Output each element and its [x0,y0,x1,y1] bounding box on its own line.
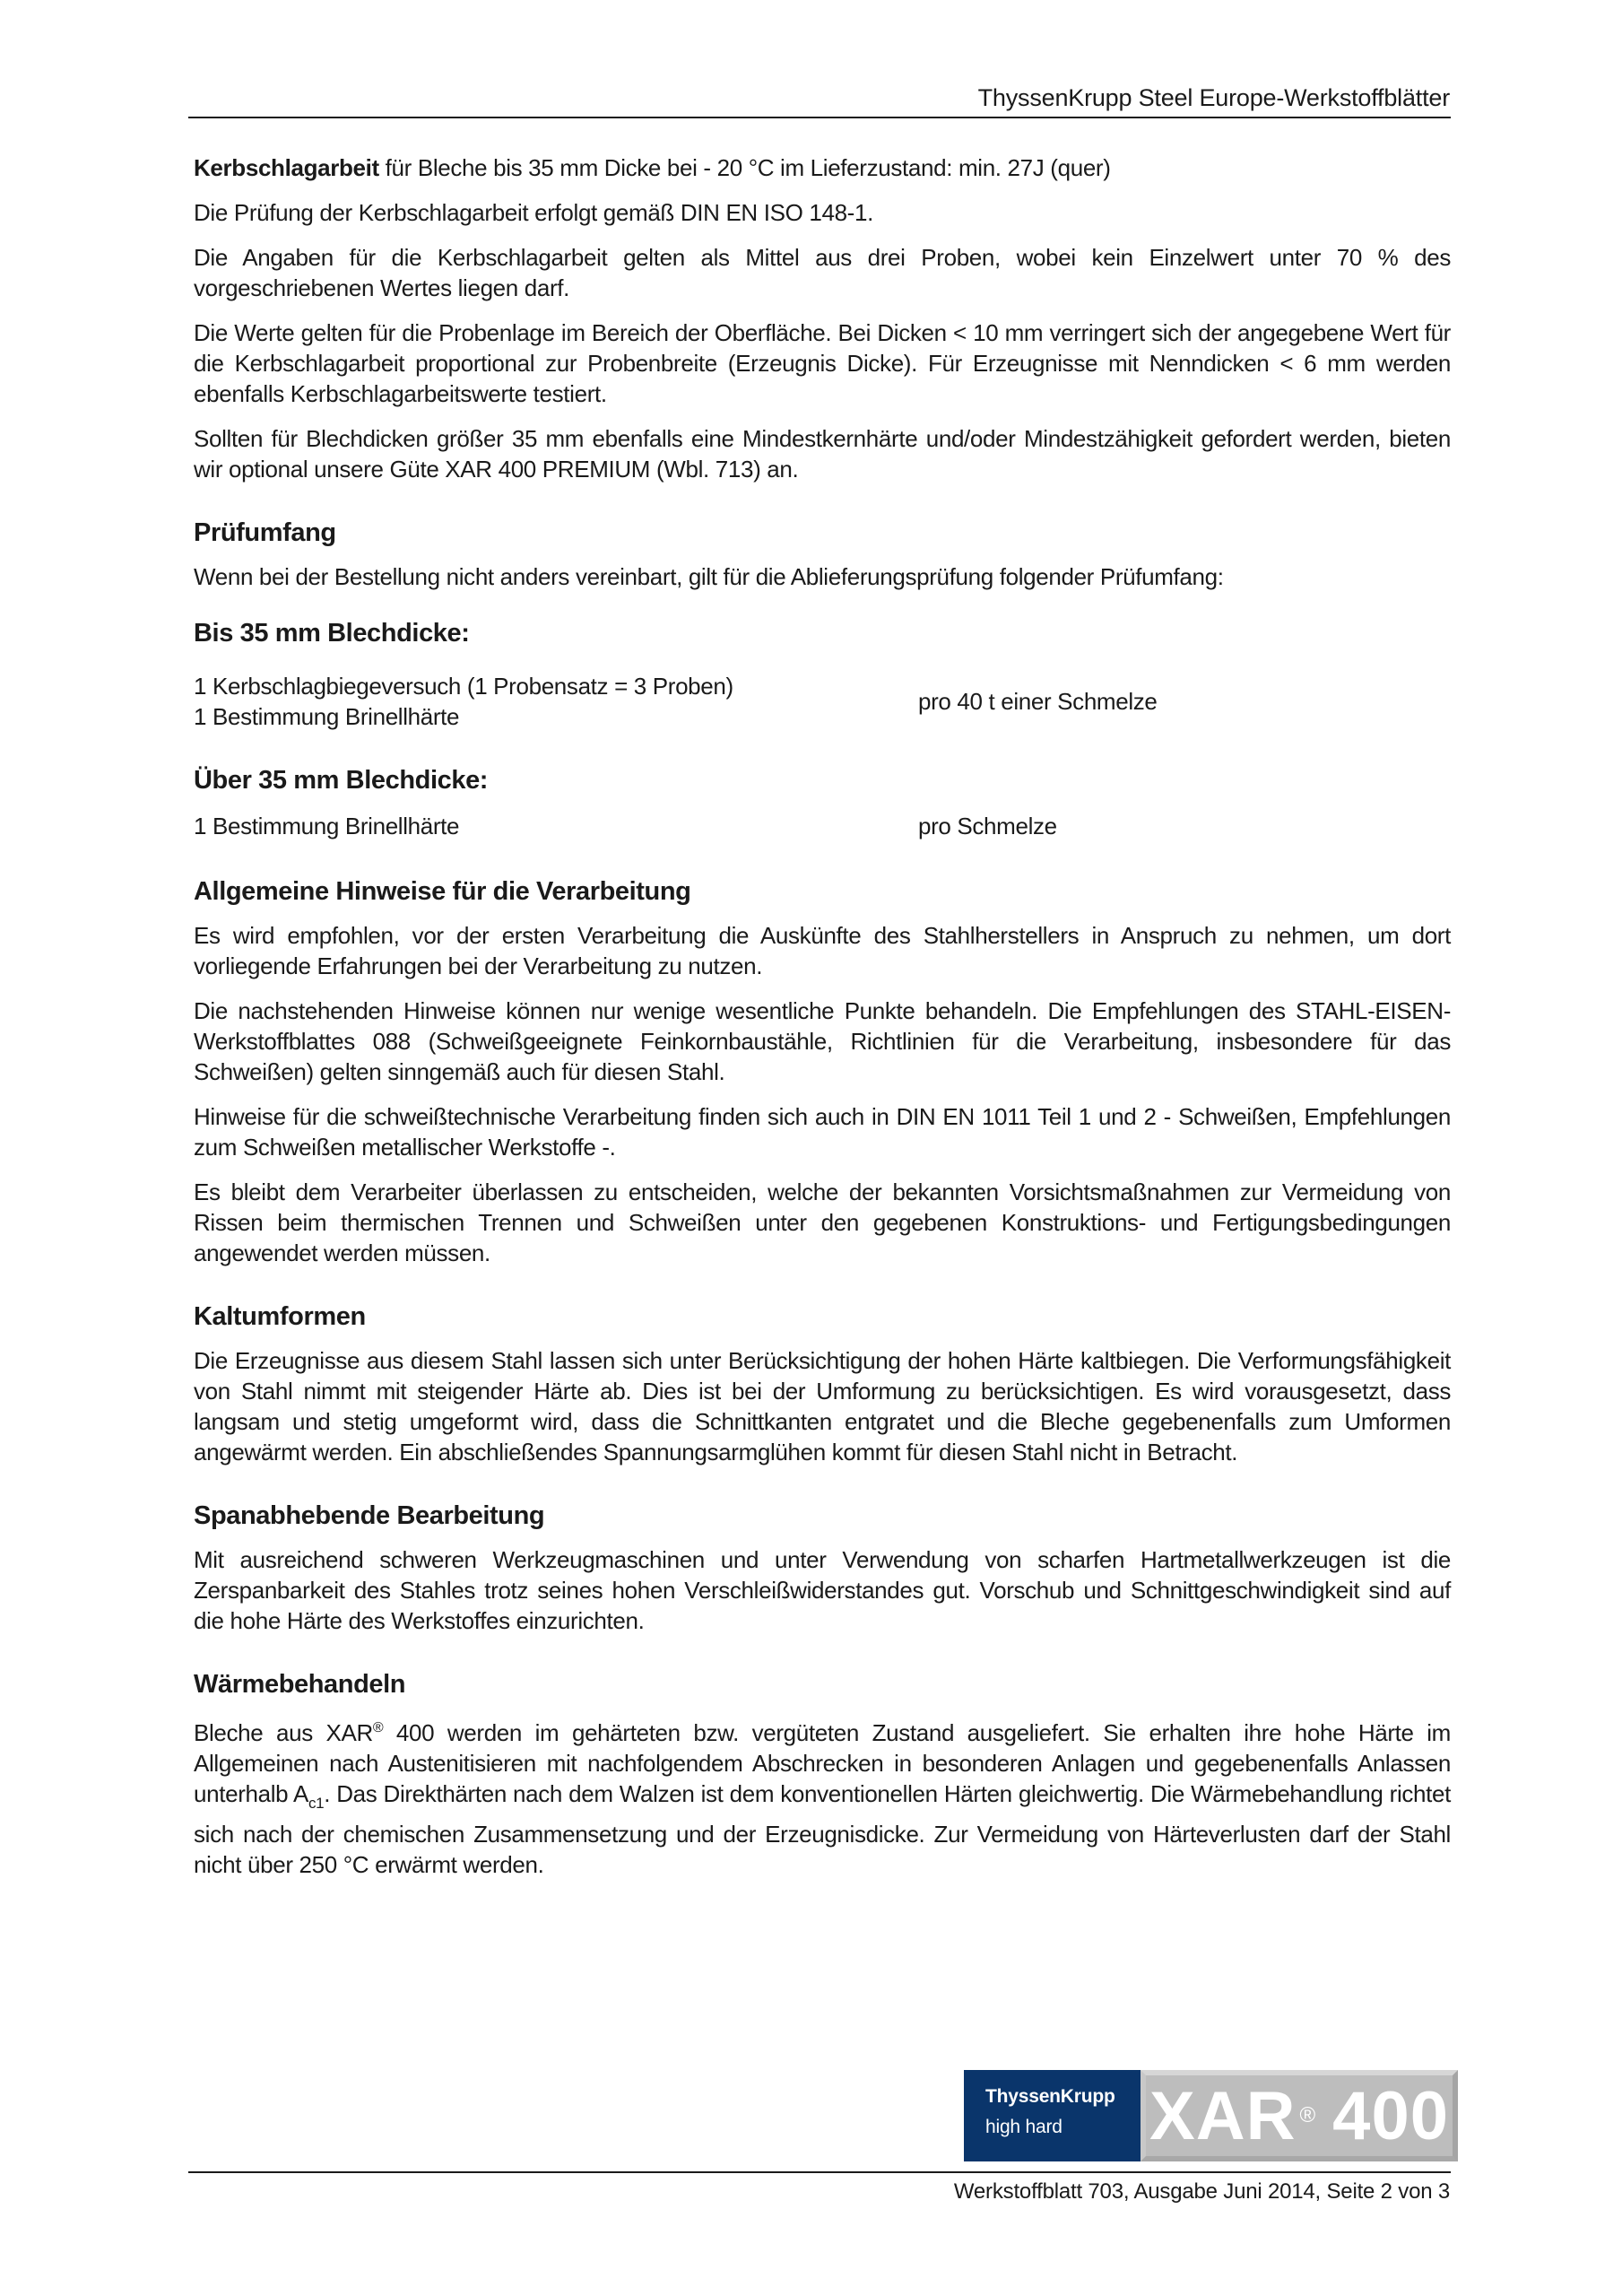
logo-registered-mark: ® [1299,2103,1316,2128]
registered-mark: ® [373,1720,383,1735]
kerbschlag-sample-position-note: Die Werte gelten für die Probenlage im B… [194,317,1451,409]
section-heading-waermebehandeln: Wärmebehandeln [194,1666,1451,1702]
kaltumformen-paragraph: Die Erzeugnisse aus diesem Stahl lassen … [194,1345,1451,1467]
kerbschlag-requirement: Kerbschlagarbeit für Bleche bis 35 mm Di… [194,152,1451,183]
logo-brand-block: ThyssenKrupp high hard [964,2070,1141,2161]
logo-grade: 400 [1332,2077,1449,2155]
verarbeitung-paragraph: Es wird empfohlen, vor der ersten Verarb… [194,920,1451,981]
kerbschlag-premium-note: Sollten für Blechdicken größer 35 mm ebe… [194,423,1451,484]
section-heading-spanabhebend: Spanabhebende Bearbeitung [194,1498,1451,1534]
section-heading-pruefumfang: Prüfumfang [194,515,1451,551]
ac1-subscript: c1 [308,1795,324,1812]
logo-tagline: high hard [985,2112,1141,2143]
verarbeitung-paragraph: Hinweise für die schweißtechnische Verar… [194,1101,1451,1162]
test-item: 1 Bestimmung Brinellhärte [194,701,918,732]
test-scope-row: 1 Kerbschlagbiegeversuch (1 Probensatz =… [194,671,1451,732]
footer-divider [188,2171,1451,2173]
kerbschlag-test-standard: Die Prüfung der Kerbschlagarbeit erfolgt… [194,197,1451,228]
kerbschlag-label: Kerbschlagarbeit [194,154,379,181]
test-frequency: pro Schmelze [918,811,1451,841]
test-scope-row: 1 Bestimmung Brinellhärte pro Schmelze [194,811,1451,841]
waermebehandeln-paragraph: Bleche aus XAR® 400 werden im gehärteten… [194,1713,1451,1880]
header-title: ThyssenKrupp Steel Europe-Werkstoffblätt… [978,84,1450,112]
section-heading-verarbeitung: Allgemeine Hinweise für die Verarbeitung [194,874,1451,909]
header-divider [188,117,1451,118]
footer-page-info: Werkstoffblatt 703, Ausgabe Juni 2014, S… [954,2179,1450,2205]
document-body: Kerbschlagarbeit für Bleche bis 35 mm Di… [194,152,1451,1894]
logo-product-block: XAR®400 [1141,2070,1458,2161]
xar400-brand-logo: ThyssenKrupp high hard XAR®400 [964,2070,1458,2161]
subheading-ueber-35mm: Über 35 mm Blechdicke: [194,762,1451,798]
section-heading-kaltumformen: Kaltumformen [194,1299,1451,1335]
subheading-bis-35mm: Bis 35 mm Blechdicke: [194,615,1451,651]
pruefumfang-intro: Wenn bei der Bestellung nicht anders ver… [194,561,1451,592]
test-item: 1 Bestimmung Brinellhärte [194,811,918,841]
logo-product-name: XAR [1149,2077,1296,2155]
verarbeitung-paragraph: Es bleibt dem Verarbeiter überlassen zu … [194,1177,1451,1268]
test-frequency: pro 40 t einer Schmelze [918,686,1451,717]
logo-company-name: ThyssenKrupp [985,2082,1141,2112]
spanabhebend-paragraph: Mit ausreichend schweren Werkzeugmaschin… [194,1544,1451,1636]
verarbeitung-paragraph: Die nachstehenden Hinweise können nur we… [194,996,1451,1087]
test-item: 1 Kerbschlagbiegeversuch (1 Probensatz =… [194,671,918,701]
kerbschlag-requirement-text: für Bleche bis 35 mm Dicke bei - 20 °C i… [379,154,1111,181]
kerbschlag-average-note: Die Angaben für die Kerbschlagarbeit gel… [194,242,1451,303]
